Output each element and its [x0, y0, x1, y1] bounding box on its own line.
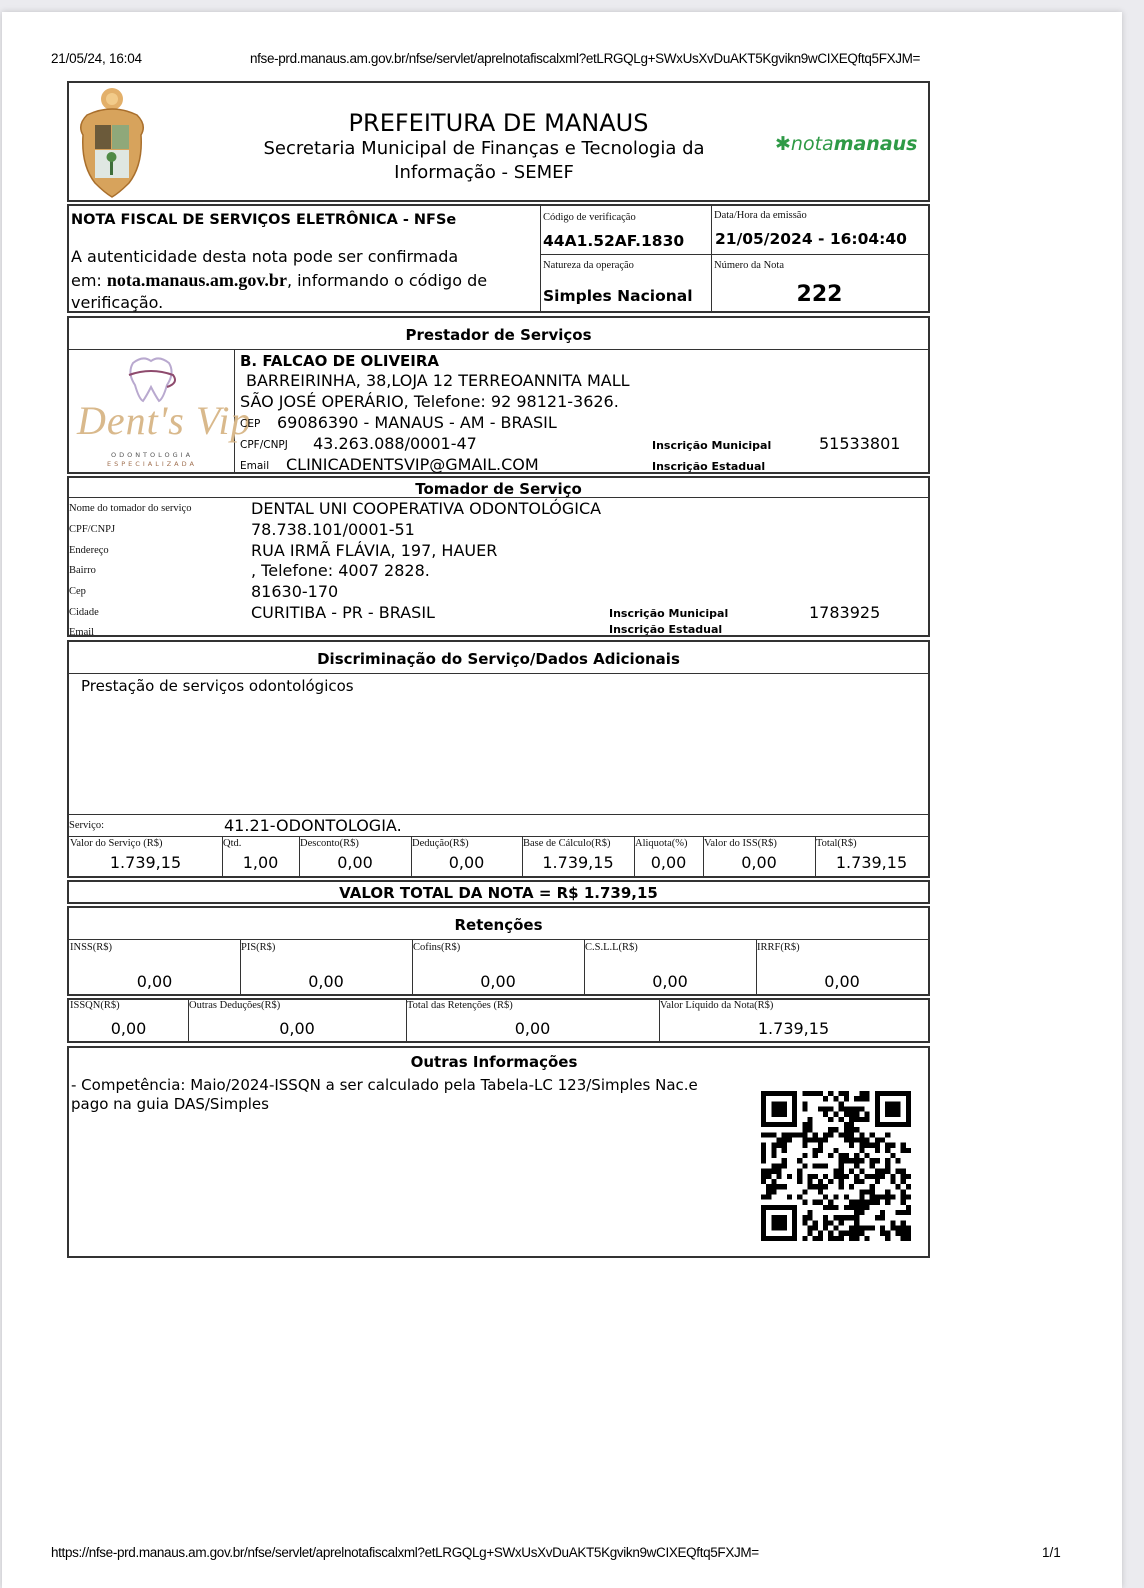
retencao-value: 0,00 — [584, 972, 756, 991]
tomador-value: DENTAL UNI COOPERATIVA ODONTOLÓGICA — [251, 499, 601, 518]
auth-text-3: verificação. — [71, 293, 163, 312]
valor-total: VALOR TOTAL DA NOTA = R$ 1.739,15 — [69, 884, 928, 902]
numero-label: Número da Nota — [714, 260, 784, 271]
retencoes-section: Retenções INSS(R$)0,00PIS(R$)0,00Cofins(… — [67, 906, 930, 996]
servico-value: 41.21-ODONTOLOGIA. — [224, 816, 402, 835]
tomador-value: RUA IRMÃ FLÁVIA, 197, HAUER — [251, 541, 497, 560]
tomador-label: Bairro — [69, 565, 96, 576]
tomador-section: Tomador de Serviço Nome do tomador do se… — [67, 476, 930, 637]
service-col-label: Qtd. — [223, 838, 241, 849]
prestador-cep-label: CEP — [240, 418, 260, 430]
service-col-label: Desconto(R$) — [300, 838, 359, 849]
discriminacao-title: Discriminação do Serviço/Dados Adicionai… — [69, 650, 928, 668]
print-datetime: 21/05/24, 16:04 — [51, 51, 142, 66]
service-col-value: 1.739,15 — [815, 853, 928, 872]
numero-value: 222 — [711, 282, 928, 307]
qr-code-icon — [761, 1091, 911, 1241]
prestador-nome: B. FALCAO DE OLIVEIRA — [240, 352, 439, 370]
service-col-label: Total(R$) — [816, 838, 857, 849]
retencao-total-value: 0,00 — [188, 1019, 406, 1038]
service-col-value: 1.739,15 — [69, 853, 222, 872]
tomador-label: CPF/CNPJ — [69, 524, 115, 535]
service-col-value: 1.739,15 — [522, 853, 634, 872]
tomador-label: Email — [69, 627, 94, 638]
prestador-endereco-2: SÃO JOSÉ OPERÁRIO, Telefone: 92 98121-36… — [240, 392, 619, 411]
outras-section: Outras Informações - Competência: Maio/2… — [67, 1046, 930, 1258]
tomador-value: 78.738.101/0001-51 — [251, 520, 415, 539]
tomador-title: Tomador de Serviço — [69, 480, 928, 498]
natureza-value: Simples Nacional — [543, 287, 693, 305]
service-col-label: Valor do ISS(R$) — [704, 838, 777, 849]
discriminacao-text: Prestação de serviços odontológicos — [81, 677, 354, 695]
retencao-label: IRRF(R$) — [757, 942, 800, 953]
prestador-cep-value: 69086390 - MANAUS - AM - BRASIL — [277, 413, 557, 432]
codigo-value: 44A1.52AF.1830 — [543, 232, 684, 250]
auth-text-1: A autenticidade desta nota pode ser conf… — [71, 247, 458, 266]
tomador-im-label: Inscrição Municipal — [609, 607, 728, 620]
prestador-im-value: 51533801 — [819, 434, 900, 453]
city-coat-of-arms-icon — [77, 85, 147, 199]
retencao-label: C.S.L.L(R$) — [585, 942, 638, 953]
prestador-email-value: CLINICADENTSVIP@GMAIL.COM — [286, 455, 539, 474]
tomador-value: , Telefone: 4007 2828. — [251, 561, 430, 580]
retencao-label: INSS(R$) — [70, 942, 112, 953]
service-col-value: 0,00 — [299, 853, 411, 872]
service-col-value: 0,00 — [703, 853, 815, 872]
prefeitura-header: PREFEITURA DE MANAUS Secretaria Municipa… — [67, 81, 930, 202]
retencoes-title: Retenções — [69, 916, 928, 934]
tomador-label: Nome do tomador do serviço — [69, 503, 191, 514]
retencao-total-label: Valor Líquido da Nota(R$) — [660, 1000, 773, 1011]
auth-text-2: em: nota.manaus.am.gov.br, informando o … — [71, 270, 487, 291]
natureza-label: Natureza da operação — [543, 260, 634, 271]
retencao-value: 0,00 — [69, 972, 240, 991]
codigo-label: Código de verificação — [543, 212, 636, 223]
print-url: nfse-prd.manaus.am.gov.br/nfse/servlet/a… — [250, 51, 920, 66]
prestador-cnpj-label: CPF/CNPJ — [240, 439, 288, 451]
tomador-ie-label: Inscrição Estadual — [609, 623, 722, 636]
service-col-value: 1,00 — [222, 853, 299, 872]
retencao-label: Cofins(R$) — [413, 942, 460, 953]
dents-vip-logo: Dent's Vip ODONTOLOGIA ESPECIALIZADA — [71, 351, 233, 471]
service-col-value: 0,00 — [411, 853, 522, 872]
prestador-title: Prestador de Serviços — [69, 326, 928, 344]
tomador-value: 81630-170 — [251, 582, 338, 601]
tomador-label: Cidade — [69, 607, 99, 618]
data-label: Data/Hora da emissão — [714, 210, 807, 221]
retencao-total-label: ISSQN(R$) — [70, 1000, 120, 1011]
print-page-number: 1/1 — [1042, 1545, 1061, 1560]
retencao-value: 0,00 — [240, 972, 412, 991]
service-col-label: Base de Cálculo(R$) — [523, 838, 610, 849]
header-subtitle-1: Secretaria Municipal de Finanças e Tecno… — [164, 138, 804, 159]
service-col-label: Dedução(R$) — [412, 838, 469, 849]
tomador-label: Cep — [69, 586, 86, 597]
prestador-ie-label: Inscrição Estadual — [652, 460, 765, 473]
tomador-label: Endereço — [69, 545, 109, 556]
retencao-total-label: Total das Retenções (R$) — [407, 1000, 513, 1011]
retencao-total-label: Outras Deduções(R$) — [189, 1000, 280, 1011]
printed-page: 21/05/24, 16:04 nfse-prd.manaus.am.gov.b… — [2, 12, 1122, 1588]
notamanaus-logo: ✱notamanaus — [775, 133, 918, 155]
nfse-info: NOTA FISCAL DE SERVIÇOS ELETRÔNICA - NFS… — [67, 204, 930, 313]
retencao-total-value: 0,00 — [69, 1019, 188, 1038]
retencoes-totals: ISSQN(R$)0,00Outras Deduções(R$)0,00Tota… — [67, 998, 930, 1043]
outras-line-2: pago na guia DAS/Simples — [71, 1095, 269, 1113]
asterisk-icon: ✱ — [775, 133, 791, 155]
nfse-title: NOTA FISCAL DE SERVIÇOS ELETRÔNICA - NFS… — [71, 212, 456, 228]
service-col-label: Aliquota(%) — [635, 838, 688, 849]
retencao-total-value: 0,00 — [406, 1019, 659, 1038]
tomador-value: CURITIBA - PR - BRASIL — [251, 603, 435, 622]
service-col-label: Valor do Serviço (R$) — [70, 838, 162, 849]
retencao-label: PIS(R$) — [241, 942, 275, 953]
prestador-endereco-1: BARREIRINHA, 38,LOJA 12 TERREOANNITA MAL… — [246, 371, 630, 390]
service-col-value: 0,00 — [634, 853, 703, 872]
discriminacao-section: Discriminação do Serviço/Dados Adicionai… — [67, 640, 930, 878]
auth-site-link: nota.manaus.am.gov.br — [107, 270, 287, 290]
outras-line-1: - Competência: Maio/2024-ISSQN a ser cal… — [71, 1076, 698, 1094]
prestador-section: Prestador de Serviços Dent's Vip ODONTOL… — [67, 316, 930, 474]
header-subtitle-2: Informação - SEMEF — [164, 162, 804, 183]
servico-label: Serviço: — [69, 820, 104, 831]
tomador-im-value: 1783925 — [809, 603, 880, 622]
outras-title: Outras Informações — [69, 1053, 929, 1071]
retencao-value: 0,00 — [412, 972, 584, 991]
print-footer-url: https://nfse-prd.manaus.am.gov.br/nfse/s… — [51, 1545, 759, 1560]
prestador-email-label: Email — [240, 460, 269, 472]
retencao-total-value: 1.739,15 — [659, 1019, 928, 1038]
data-value: 21/05/2024 - 16:04:40 — [715, 230, 907, 248]
retencao-value: 0,00 — [756, 972, 928, 991]
valor-total-bar: VALOR TOTAL DA NOTA = R$ 1.739,15 — [67, 880, 930, 904]
prestador-im-label: Inscrição Municipal — [652, 439, 771, 452]
prestador-cnpj-value: 43.263.088/0001-47 — [313, 434, 477, 453]
